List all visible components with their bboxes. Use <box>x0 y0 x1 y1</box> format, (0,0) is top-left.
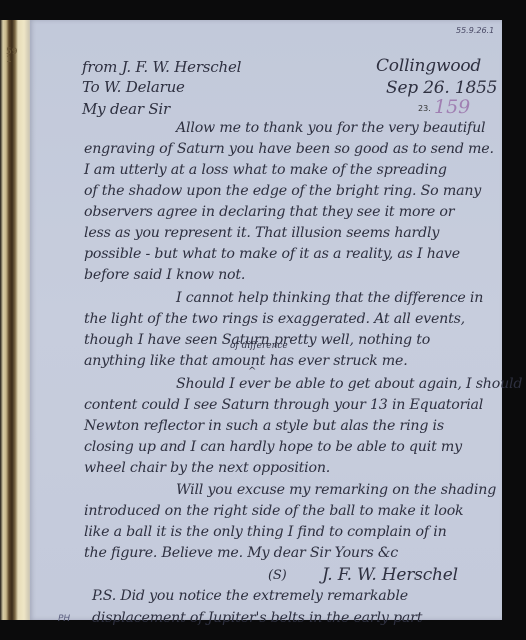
body-line: engraving of Saturn you have been so goo… <box>84 141 494 157</box>
body-line: Newton reflector in such a style but ala… <box>84 418 444 434</box>
interlinear-insertion: of difference <box>230 341 288 351</box>
folio-number: 23. <box>418 104 431 113</box>
body-line: anything like that amount has ever struc… <box>84 353 408 369</box>
letter-date: Sep 26. 1855 <box>386 78 497 98</box>
binding-page-number: 59 1 <box>6 48 17 64</box>
letter-page: 55.9.26.1 from J. F. W. Herschel To W. D… <box>30 20 502 620</box>
body-line: I cannot help thinking that the differen… <box>176 290 483 306</box>
body-line: content could I see Saturn through your … <box>84 397 483 413</box>
body-line: before said I know not. <box>84 267 245 283</box>
body-line: like a ball it is the only thing I find … <box>84 524 447 540</box>
body-line: Allow me to thank you for the very beaut… <box>176 120 485 136</box>
letter-place: Collingwood <box>376 56 481 76</box>
body-line: Should I ever be able to get about again… <box>176 376 526 392</box>
body-line: Will you excuse my remarking on the shad… <box>176 482 496 498</box>
postscript-line: displacement of Jupiter's belts in the e… <box>92 610 422 626</box>
recipient-line: To W. Delarue <box>82 78 185 96</box>
margin-note: PH <box>58 614 70 624</box>
body-line: closing up and I can hardly hope to be a… <box>84 439 462 455</box>
body-line: I am utterly at a loss what to make of t… <box>84 162 447 178</box>
body-line: the light of the two rings is exaggerate… <box>84 311 465 327</box>
salutation: My dear Sir <box>82 100 170 118</box>
sender-line: from J. F. W. Herschel <box>82 58 241 76</box>
signature: J. F. W. Herschel <box>322 565 458 585</box>
body-line: the figure. Believe me. My dear Sir Your… <box>84 545 398 561</box>
postscript-line: P.S. Did you notice the extremely remark… <box>92 588 408 604</box>
body-line: less as you represent it. That illusion … <box>84 225 439 241</box>
body-line: introduced on the right side of the ball… <box>84 503 463 519</box>
body-line: possible - but what to make of it as a r… <box>84 246 460 262</box>
signature-mark: (S) <box>268 568 286 583</box>
folio-pencil-number: 159 <box>434 96 470 118</box>
body-line: wheel chair by the next opposition. <box>84 460 330 476</box>
body-line: of the shadow upon the edge of the brigh… <box>84 183 481 199</box>
body-line: observers agree in declaring that they s… <box>84 204 454 220</box>
archive-reference: 55.9.26.1 <box>456 26 494 35</box>
book-binding: 59 1 <box>0 20 32 620</box>
